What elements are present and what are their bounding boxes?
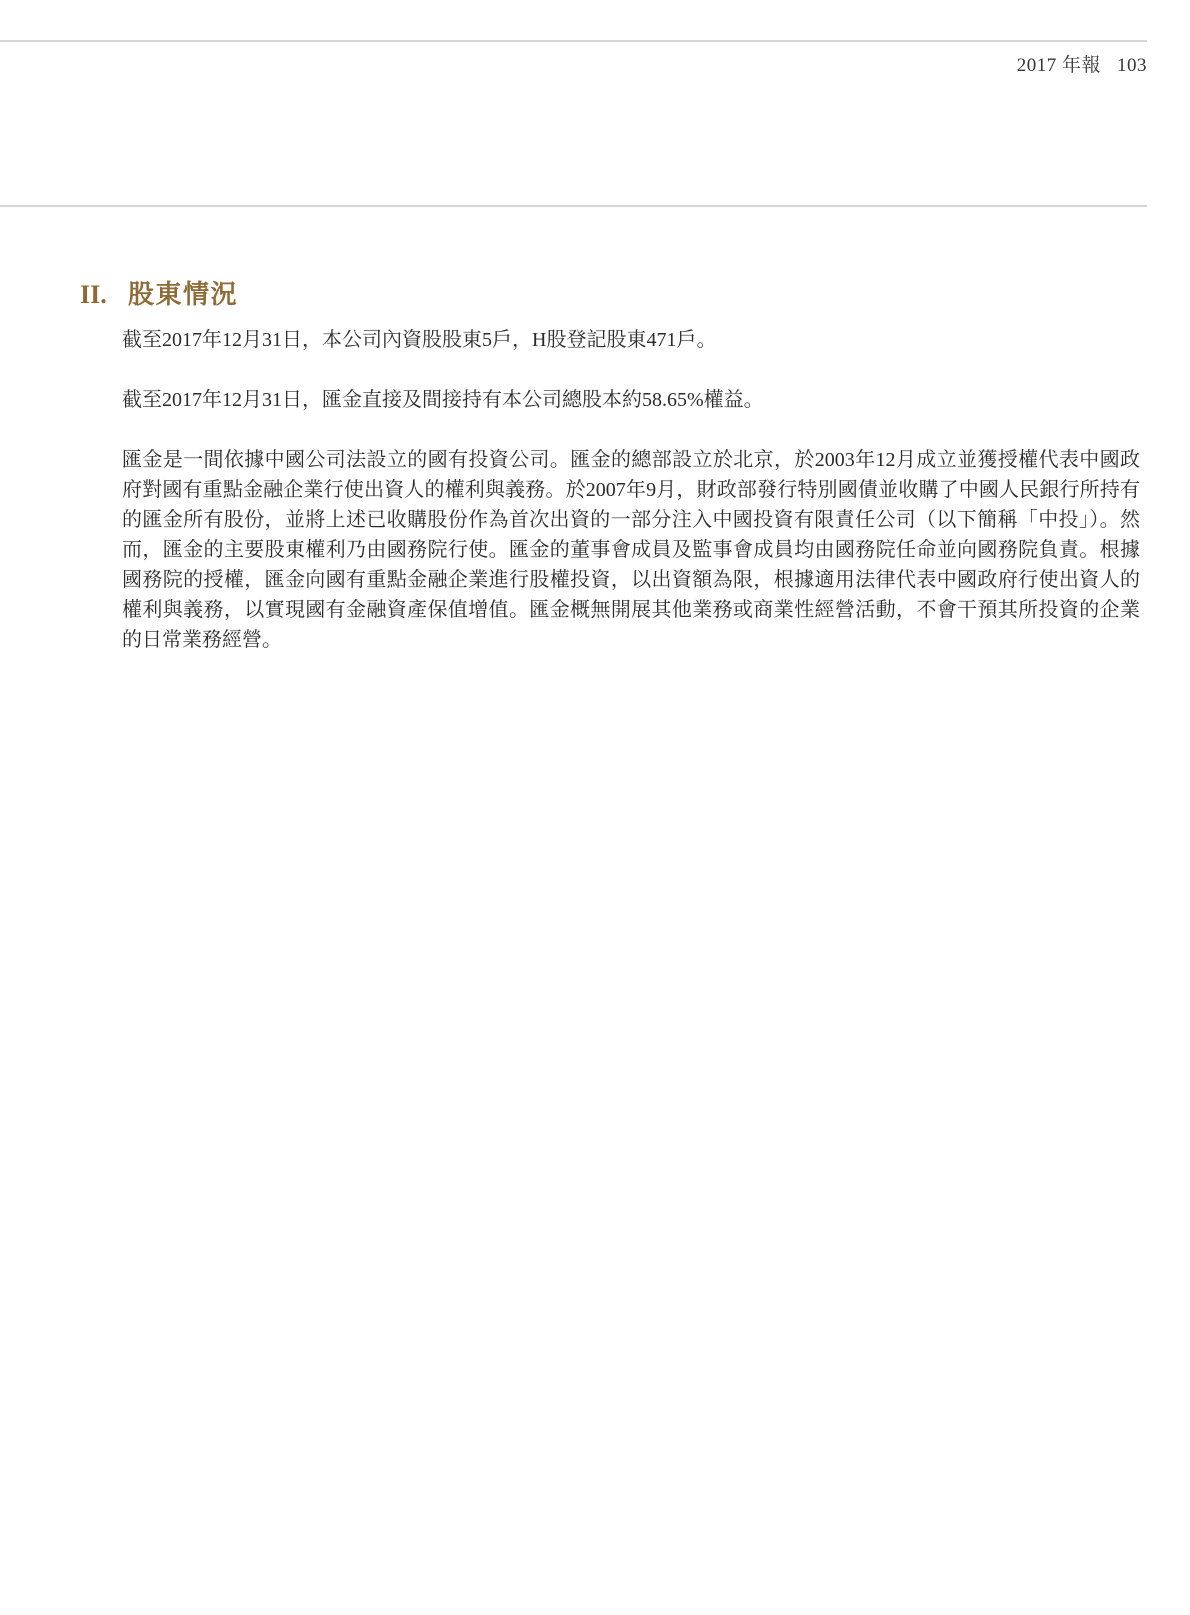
top-rule <box>0 40 1147 42</box>
paragraph-huijin-description: 匯金是一間依據中國公司法設立的國有投資公司。匯金的總部設立於北京，於2003年1… <box>122 445 1140 655</box>
section-title: 股東情況 <box>128 274 238 311</box>
page-header: 2017 年報 103 <box>0 50 1147 77</box>
annual-report-page: 2017 年報 103 II. 股東情況 截至2017年12月31日，本公司內資… <box>0 0 1190 1615</box>
paragraph-shareholder-counts: 截至2017年12月31日，本公司內資股股東5戶，H股登記股東471戶。 <box>122 325 1140 355</box>
paragraph-huijin-shareholding: 截至2017年12月31日，匯金直接及間接持有本公司總股本約58.65%權益。 <box>122 385 1140 415</box>
report-title: 2017 年報 <box>1017 50 1101 77</box>
page-number: 103 <box>1117 55 1147 77</box>
section-number: II. <box>80 280 128 310</box>
header-divider-rule <box>0 205 1147 207</box>
section-heading: II. 股東情況 <box>80 274 238 311</box>
